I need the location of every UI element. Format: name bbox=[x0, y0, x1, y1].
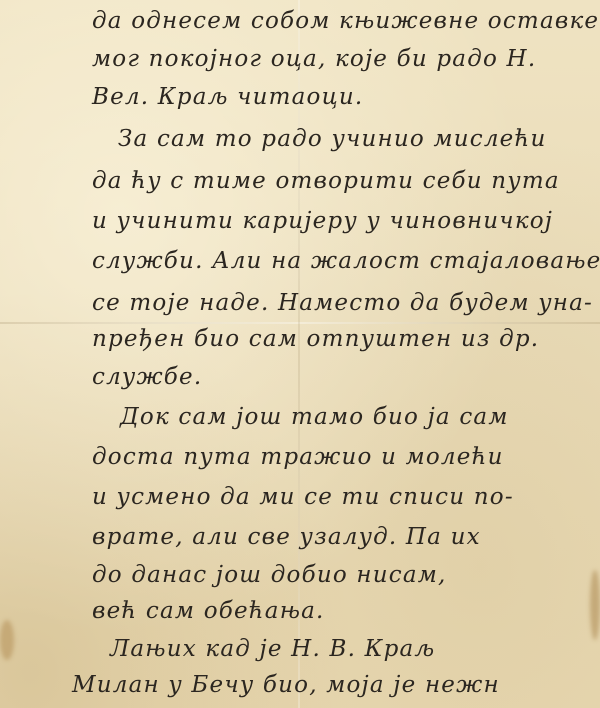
letter-line: служби. Али на жалост стајаловање bbox=[92, 248, 600, 274]
letter-line: Лањих кад је Н. В. Краљ bbox=[110, 636, 435, 662]
letter-line: се тоје наде. Наместо да будем уна- bbox=[92, 290, 593, 316]
paper-stain bbox=[590, 570, 600, 640]
letter-line: Док сам још тамо био ја сам bbox=[120, 404, 509, 430]
letter-line: и учинити каријеру у чиновничкој bbox=[92, 208, 553, 234]
letter-line: до данас још добио нисам, bbox=[92, 562, 447, 588]
letter-line: За сам то радо учинио мислећи bbox=[118, 126, 547, 152]
horizontal-fold-crease bbox=[0, 322, 600, 324]
letter-line: врате, али све узалуд. Па их bbox=[92, 524, 481, 550]
letter-line: да однесем собом књижевне оставке bbox=[92, 8, 599, 34]
letter-line: службе. bbox=[92, 364, 202, 390]
letter-line: да ћу с тиме отворити себи пута bbox=[92, 168, 560, 194]
letter-line: Милан у Бечу био, мојa је нежн bbox=[72, 672, 500, 698]
letter-line: већ сам обећања. bbox=[92, 598, 325, 624]
letter-line: пређен био сам отпуштен из др. bbox=[92, 326, 539, 352]
letter-line: и усмено да ми се ти списи по- bbox=[92, 484, 514, 510]
letter-page: да однесем собом књижевне оставке мог по… bbox=[0, 0, 600, 708]
letter-line: Вел. Краљ читаоци. bbox=[92, 84, 363, 110]
paper-stain bbox=[0, 620, 14, 660]
letter-line: доста пута тражио и молећи bbox=[92, 444, 504, 470]
letter-line: мог покојног оца, које би радо Н. bbox=[92, 46, 536, 72]
